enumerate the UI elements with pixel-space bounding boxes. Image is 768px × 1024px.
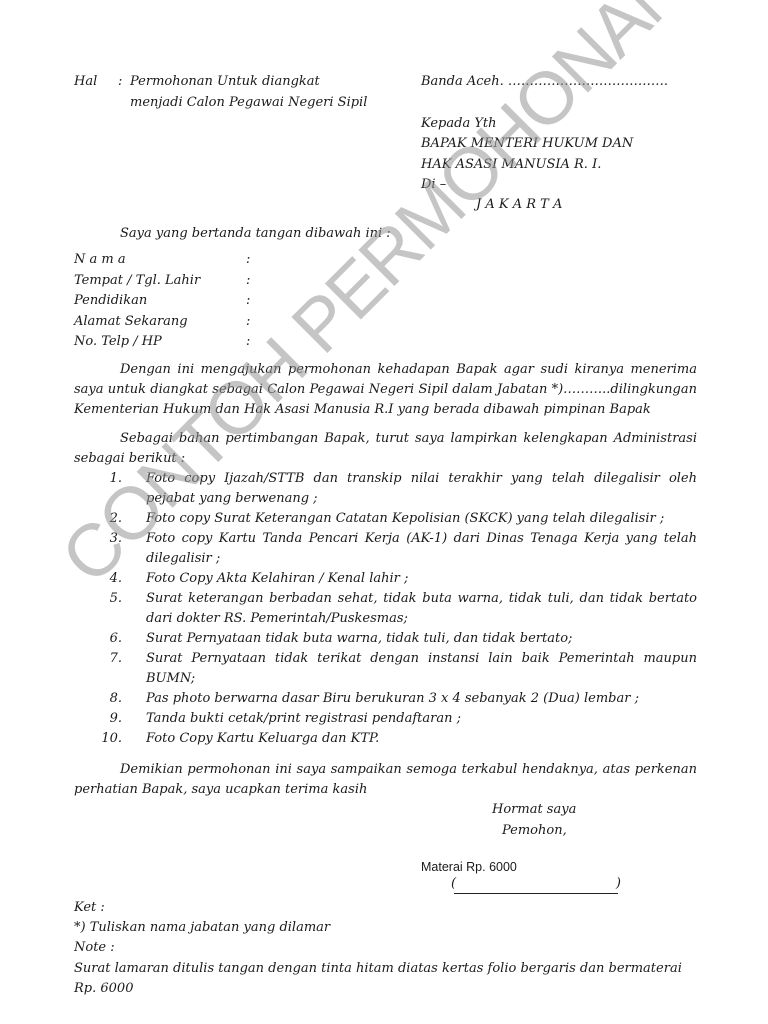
list-text: Pas photo berwarna dasar Biru berukuran … [146,691,639,706]
recipient-line-2: HAK ASASI MANUSIA R. I. [421,155,601,175]
list-text: Foto copy Kartu Tanda Pencari Kerja (AK-… [146,531,697,566]
field-label-alamat: Alamat Sekarang [74,312,188,332]
ket-text: *) Tuliskan nama jabatan yang dilamar [74,918,330,938]
list-text: Foto copy Surat Keterangan Catatan Kepol… [146,511,664,526]
list-text: Foto copy Ijazah/STTB dan transkip nilai… [146,471,697,506]
applicant-role: Pemohon, [502,821,567,841]
list-item: 5.Surat keterangan berbadan sehat, tidak… [100,589,697,629]
signature-line: ( ) [451,878,621,894]
signature-underline [454,893,618,894]
list-number: 2. [100,509,122,529]
signature-paren-close: ) [616,876,621,891]
stamp-label: Materai Rp. 6000 [421,860,517,874]
recipient-city: J A K A R T A [476,195,562,215]
request-paragraph: Dengan ini mengajukan permohonan kehadap… [74,360,697,420]
field-colon: : [246,291,250,311]
closing-text: Demikian permohonan ini saya sampaikan s… [74,762,697,797]
list-number: 6. [100,629,122,649]
list-item: 9.Tanda bukti cetak/print registrasi pen… [100,709,697,729]
subject-line-2: menjadi Calon Pegawai Negeri Sipil [130,93,367,113]
list-number: 9. [100,709,122,729]
recipient-greeting: Kepada Yth [421,114,497,134]
attachments-intro: Sebagai bahan pertimbangan Bapak, turut … [74,429,697,469]
list-number: 4. [100,569,122,589]
note-label: Note : [74,938,115,958]
field-label-tempat-tgl-lahir: Tempat / Tgl. Lahir [74,271,200,291]
list-item: 4.Foto Copy Akta Kelahiran / Kenal lahir… [100,569,697,589]
list-number: 7. [100,649,122,669]
attachment-list: 1.Foto copy Ijazah/STTB dan transkip nil… [100,469,697,749]
field-colon: : [246,271,250,291]
field-colon: : [246,332,250,352]
signature-paren-open: ( [451,876,456,891]
list-text: Tanda bukti cetak/print registrasi penda… [146,711,461,726]
list-text: Surat keterangan berbadan sehat, tidak b… [146,591,697,626]
field-colon: : [246,312,250,332]
recipient-line-3: Di – [421,175,446,195]
list-number: 1. [100,469,122,489]
list-item: 7.Surat Pernyataan tidak terikat dengan … [100,649,697,689]
closing-paragraph: Demikian permohonan ini saya sampaikan s… [74,760,697,800]
attachments-intro-text: Sebagai bahan pertimbangan Bapak, turut … [74,431,697,466]
intro-text: Saya yang bertanda tangan dibawah ini : [120,224,391,244]
ket-label: Ket : [74,898,105,918]
list-item: 10.Foto Copy Kartu Keluarga dan KTP. [100,729,697,749]
list-item: 3.Foto copy Kartu Tanda Pencari Kerja (A… [100,529,697,569]
field-colon: : [246,250,250,270]
note-line-1: Surat lamaran ditulis tangan dengan tint… [74,959,682,979]
subject-label: Hal [74,72,97,92]
field-label-telp: No. Telp / HP [74,332,162,352]
list-text: Foto Copy Akta Kelahiran / Kenal lahir ; [146,571,408,586]
list-number: 3. [100,529,122,549]
list-item: 6.Surat Pernyataan tidak buta warna, tid… [100,629,697,649]
list-number: 5. [100,589,122,609]
regards-text: Hormat saya [492,800,576,820]
request-paragraph-text: Dengan ini mengajukan permohonan kehadap… [74,362,697,417]
list-number: 10. [100,729,122,749]
field-label-pendidikan: Pendidikan [74,291,147,311]
list-text: Foto Copy Kartu Keluarga dan KTP. [146,731,379,746]
list-item: 2.Foto copy Surat Keterangan Catatan Kep… [100,509,697,529]
recipient-line-1: BAPAK MENTERI HUKUM DAN [421,134,633,154]
list-text: Surat Pernyataan tidak terikat dengan in… [146,651,697,686]
list-text: Surat Pernyataan tidak buta warna, tidak… [146,631,572,646]
list-number: 8. [100,689,122,709]
subject-colon: : [118,72,122,92]
place-date: Banda Aceh. ………………………………. [421,72,668,92]
note-line-2: Rp. 6000 [74,979,133,999]
field-label-nama: N a m a [74,250,126,270]
list-item: 1.Foto copy Ijazah/STTB dan transkip nil… [100,469,697,509]
list-item: 8.Pas photo berwarna dasar Biru berukura… [100,689,697,709]
subject-line-1: Permohonan Untuk diangkat [130,72,320,92]
